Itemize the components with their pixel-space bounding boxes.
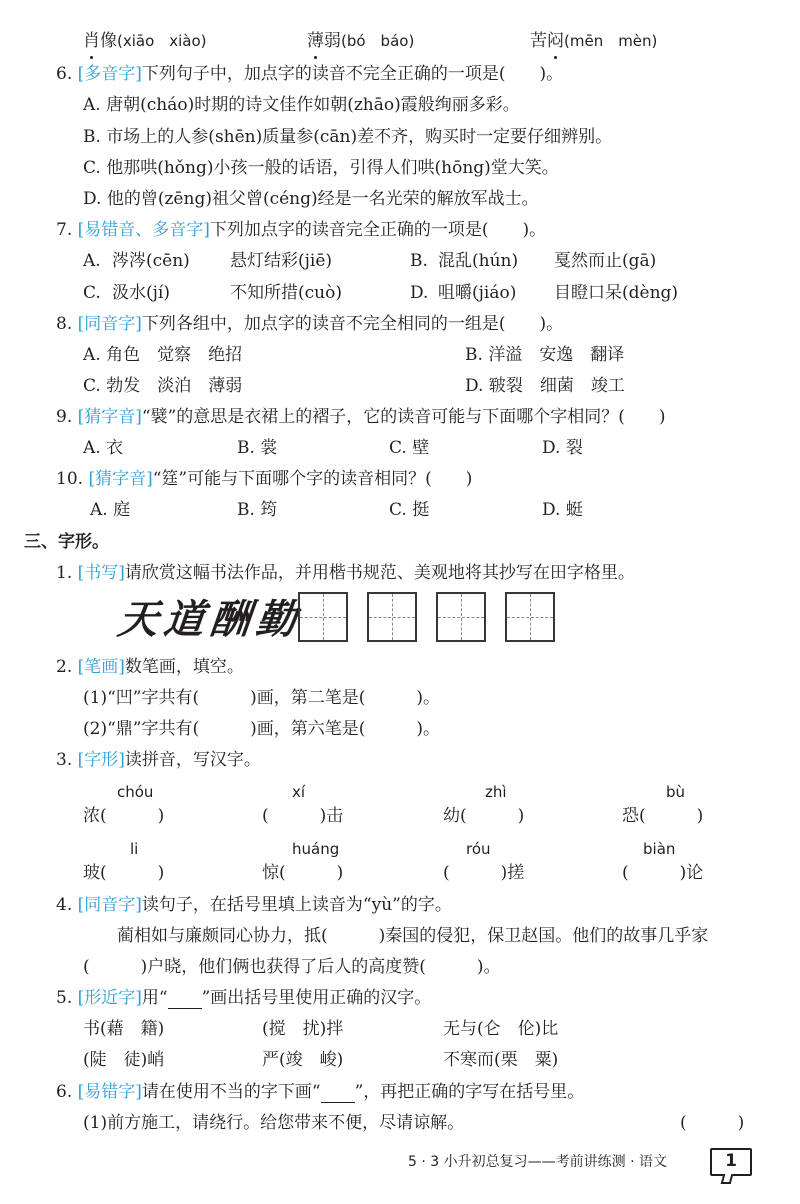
dotted-char: 薄 — [307, 30, 324, 52]
s3-question-6: 6. [易错字]请在使用不当的字下画“”，再把正确的字写在括号里。 — [56, 1081, 584, 1103]
question-9: 9. [猜字音]“襞”的意思是衣裙上的褶子，它的读音可能与下面哪个字相同？( ) — [56, 406, 666, 428]
option-word: 不知所措(cuò) — [230, 282, 342, 304]
question-number: 5. — [56, 988, 72, 1008]
question-6: 6. [多音字]下列句子中，加点字的读音不完全正确的一项是( )。 — [56, 63, 563, 85]
q10-option-b: B. 筠 — [237, 499, 277, 521]
option-label: D. — [83, 189, 101, 209]
page-number: 1 — [710, 1148, 752, 1176]
option-word: 目瞪口呆(dèng) — [554, 282, 678, 304]
pinyin: bù — [666, 781, 685, 803]
passage-line-2: ( )户晓，他们俩也获得了后人的高度赞( )。 — [83, 956, 501, 978]
option-label: B. — [410, 250, 428, 272]
q8-option-d: D. 皲裂 细菌 竣工 — [465, 375, 625, 397]
option-label: B. — [465, 345, 483, 365]
footer-title: 5 · 3 小升初总复习——考前讲练测 · 语文 — [408, 1151, 667, 1173]
s3-question-2: 2. [笔画]数笔画，填空。 — [56, 656, 244, 678]
question-tag: [同音字] — [78, 895, 142, 915]
underline-sample — [168, 994, 202, 1009]
section-title: 三、字形。 — [24, 531, 109, 553]
question-number: 3. — [56, 750, 72, 770]
pinyin: (bó báo) — [341, 32, 414, 50]
stroke-item-2: (2)“鼎”字共有( )画，第六笔是( )。 — [83, 718, 440, 740]
pinyin-choice-3: 苦闷(mēn mèn) — [530, 30, 657, 52]
option-text: 他那哄(hǒng)小孩一般的话语，引得人们哄(hōng)堂大笑。 — [106, 158, 559, 178]
question-text: “襞”的意思是衣裙上的褶子，它的读音可能与下面哪个字相同？( ) — [142, 407, 666, 427]
pinyin: biàn — [643, 838, 675, 860]
question-text: 读句子，在括号里填上读音为“yù”的字。 — [142, 895, 452, 915]
question-tag: [笔画] — [78, 657, 125, 677]
option-label: C. — [83, 376, 101, 396]
choice-item[interactable]: 无与(仑 伦)比 — [443, 1018, 558, 1040]
fill-blank[interactable]: 恐( ) — [622, 805, 703, 827]
option-label: D. — [465, 376, 483, 396]
fill-blank[interactable]: ( )击 — [262, 805, 343, 827]
q6-option-d: D. 他的曾(zēng)祖父曾(céng)经是一名光荣的解放军战士。 — [83, 188, 539, 210]
question-tag: [同音字] — [78, 314, 142, 334]
question-text: 读拼音，写汉字。 — [125, 750, 261, 770]
option-word: 混乱(hún) — [438, 250, 518, 272]
fill-blank[interactable]: 浓( ) — [83, 805, 164, 827]
pinyin: xí — [292, 781, 305, 803]
question-number: 7. — [56, 220, 72, 240]
question-number: 8. — [56, 314, 72, 334]
option-label: A. — [83, 95, 101, 115]
tianzige-box-1[interactable] — [298, 592, 348, 642]
stroke-item-1: (1)“凹”字共有( )画，第二笔是( )。 — [83, 687, 440, 709]
option-label: C. — [83, 282, 101, 304]
option-text: 皲裂 细菌 竣工 — [489, 376, 625, 396]
choice-item[interactable]: 书(藉 籍) — [83, 1018, 164, 1040]
question-tag: [易错字] — [78, 1082, 142, 1102]
question-tag: [猜字音] — [88, 469, 152, 489]
pinyin: (mēn mèn) — [564, 32, 657, 50]
q6-option-c: C. 他那哄(hǒng)小孩一般的话语，引得人们哄(hōng)堂大笑。 — [83, 157, 559, 179]
pinyin: zhì — [485, 781, 507, 803]
option-label: D. — [410, 282, 428, 304]
fill-blank[interactable]: ( )论 — [622, 862, 703, 884]
q9-option-d: D. 裂 — [542, 437, 583, 459]
question-text: 用“ — [142, 988, 168, 1008]
question-text: ”，再把正确的字写在括号里。 — [355, 1082, 585, 1102]
tianzige-box-4[interactable] — [505, 592, 555, 642]
choice-item[interactable]: 不寒而(栗 粟) — [443, 1049, 558, 1071]
calligraphy-image: 天道酬勤 — [116, 598, 305, 642]
word: 像 — [100, 31, 117, 51]
question-number: 4. — [56, 895, 72, 915]
pinyin: (xiāo xiào) — [117, 32, 207, 50]
option-label: A. — [83, 345, 101, 365]
option-text: 洋溢 安逸 翻译 — [488, 345, 624, 365]
q9-option-c: C. 壁 — [389, 437, 429, 459]
fill-blank[interactable]: 惊( ) — [262, 862, 343, 884]
option-word: 悬灯结彩(jiē) — [230, 250, 332, 272]
pinyin-choice-2: 薄弱(bó báo) — [307, 30, 414, 52]
passage-line-1: 蔺相如与廉颇同心协力，抵( )秦国的侵犯，保卫赵国。他们的故事几乎家 — [117, 925, 708, 947]
question-number: 6. — [56, 1082, 72, 1102]
option-word: 汲水(jí) — [112, 282, 170, 304]
option-text: 他的曾(zēng)祖父曾(céng)经是一名光荣的解放军战士。 — [107, 189, 539, 209]
q6-option-b: B. 市场上的人参(shēn)质量参(cān)差不齐，购买时一定要仔细辨别。 — [83, 126, 612, 148]
option-word: 咀嚼(jiáo) — [438, 282, 516, 304]
question-8: 8. [同音字]下列各组中，加点字的读音不完全相同的一组是( )。 — [56, 313, 563, 335]
q9-option-a: A. 衣 — [83, 437, 123, 459]
option-word: 戛然而止(gā) — [554, 250, 656, 272]
question-7: 7. [易错音、多音字]下列加点字的读音完全正确的一项是( )。 — [56, 219, 546, 241]
question-text: 请在使用不当的字下画“ — [142, 1082, 321, 1102]
sentence-item-1: (1)前方施工，请绕行。给您带来不便，尽请谅解。 — [83, 1112, 464, 1134]
question-tag: [易错音、多音字] — [78, 220, 210, 240]
s3-question-3: 3. [字形]读拼音，写汉字。 — [56, 749, 261, 771]
question-number: 10. — [56, 469, 83, 489]
question-text: ”画出括号里使用正确的汉字。 — [202, 988, 432, 1008]
q8-option-b: B. 洋溢 安逸 翻译 — [465, 344, 624, 366]
underline-sample — [321, 1088, 355, 1103]
question-tag: [猜字音] — [78, 407, 142, 427]
question-tag: [书写] — [78, 563, 125, 583]
q9-option-b: B. 裳 — [237, 437, 277, 459]
question-tag: [多音字] — [78, 64, 142, 84]
tianzige-box-2[interactable] — [367, 592, 417, 642]
q10-option-a: A. 庭 — [90, 499, 130, 521]
question-number: 1. — [56, 563, 72, 583]
s3-question-1: 1. [书写]请欣赏这幅书法作品，并用楷书规范、美观地将其抄写在田字格里。 — [56, 562, 635, 584]
choice-item[interactable]: (搅 扰)拌 — [262, 1018, 343, 1040]
dotted-char: 闷 — [547, 30, 564, 52]
question-text: 下列句子中，加点字的读音不完全正确的一项是( )。 — [142, 64, 563, 84]
fill-blank[interactable]: ( )搓 — [443, 862, 524, 884]
option-text: 市场上的人参(shēn)质量参(cān)差不齐，购买时一定要仔细辨别。 — [106, 127, 612, 147]
question-10: 10. [猜字音]“筳”可能与下面哪个字的读音相同？( ) — [56, 468, 472, 490]
choice-item[interactable]: 严(竣 峻) — [262, 1049, 343, 1071]
option-label: C. — [83, 158, 101, 178]
question-number: 9. — [56, 407, 72, 427]
option-label: A. — [83, 250, 101, 272]
word: 弱 — [324, 31, 341, 51]
s3-question-5: 5. [形近字]用“”画出括号里使用正确的汉字。 — [56, 987, 431, 1009]
word: 苦 — [530, 31, 547, 51]
question-text: 数笔画，填空。 — [125, 657, 244, 677]
pinyin: róu — [466, 838, 491, 860]
q6-option-a: A. 唐朝(cháo)时期的诗文佳作如朝(zhāo)霞般绚丽多彩。 — [83, 94, 520, 116]
question-tag: [字形] — [78, 750, 125, 770]
option-word: 涔涔(cēn) — [112, 250, 190, 272]
fill-blank[interactable]: 玻( ) — [83, 862, 164, 884]
fill-blank[interactable]: 幼( ) — [443, 805, 524, 827]
q8-option-c: C. 勃发 淡泊 薄弱 — [83, 375, 242, 397]
dotted-char: 肖 — [83, 30, 100, 52]
question-text: 下列加点字的读音完全正确的一项是( )。 — [210, 220, 546, 240]
question-tag: [形近字] — [78, 988, 142, 1008]
pinyin: li — [130, 838, 138, 860]
question-text: “筳”可能与下面哪个字的读音相同？( ) — [153, 469, 473, 489]
s3-question-4: 4. [同音字]读句子，在括号里填上读音为“yù”的字。 — [56, 894, 452, 916]
answer-blank[interactable]: ( ) — [680, 1112, 744, 1134]
option-label: B. — [83, 127, 101, 147]
choice-item[interactable]: (陡 徒)峭 — [83, 1049, 164, 1071]
question-number: 2. — [56, 657, 72, 677]
q8-option-a: A. 角色 觉察 绝招 — [83, 344, 242, 366]
pinyin-choice-1: 肖像(xiāo xiào) — [83, 30, 207, 52]
option-text: 唐朝(cháo)时期的诗文佳作如朝(zhāo)霞般绚丽多彩。 — [106, 95, 520, 115]
option-text: 勃发 淡泊 薄弱 — [106, 376, 242, 396]
question-number: 6. — [56, 64, 72, 84]
option-text: 角色 觉察 绝招 — [106, 345, 242, 365]
tianzige-box-3[interactable] — [436, 592, 486, 642]
pinyin: chóu — [117, 781, 153, 803]
q10-option-c: C. 挺 — [389, 499, 429, 521]
pinyin: huáng — [292, 838, 339, 860]
question-text: 下列各组中，加点字的读音不完全相同的一组是( )。 — [142, 314, 563, 334]
q10-option-d: D. 蜓 — [542, 499, 583, 521]
question-text: 请欣赏这幅书法作品，并用楷书规范、美观地将其抄写在田字格里。 — [125, 563, 635, 583]
